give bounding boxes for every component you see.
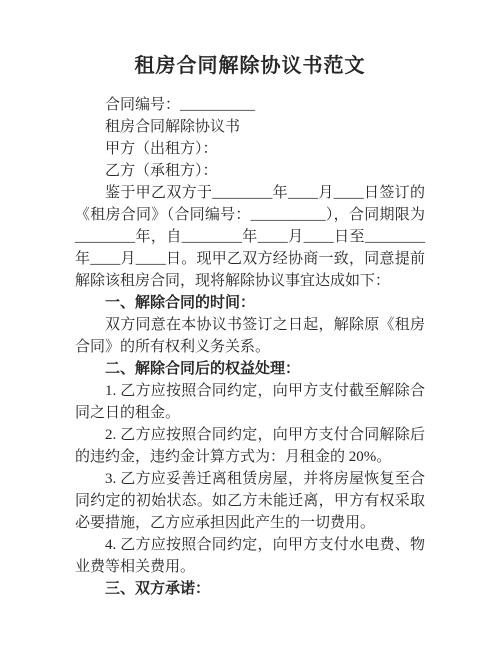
document-body: 合同编号：__________租房合同解除协议书甲方（出租方）：乙方（承租方）：… xyxy=(75,94,425,600)
paragraph: 4. 乙方应按照合同约定，向甲方支付水电费、物业费等相关费用。 xyxy=(75,534,425,578)
section-heading: 三、双方承诺： xyxy=(75,578,425,600)
paragraph: 租房合同解除协议书 xyxy=(75,116,425,138)
paragraph: 1. 乙方应按照合同约定，向甲方支付截至解除合同之日的租金。 xyxy=(75,380,425,424)
paragraph: 乙方（承租方）： xyxy=(75,160,425,182)
paragraph: 双方同意在本协议书签订之日起，解除原《租房合同》的所有权利义务关系。 xyxy=(75,314,425,358)
paragraph: 甲方（出租方）： xyxy=(75,138,425,160)
paragraph: 鉴于甲乙双方于________年____月____日签订的《租房合同》（合同编号… xyxy=(75,182,425,292)
paragraph: 合同编号：__________ xyxy=(75,94,425,116)
paragraph: 2. 乙方应按照合同约定，向甲方支付合同解除后的违约金，违约金计算方式为：月租金… xyxy=(75,424,425,468)
section-heading: 二、解除合同后的权益处理： xyxy=(75,358,425,380)
document-page: 租房合同解除协议书范文 合同编号：__________租房合同解除协议书甲方（出… xyxy=(0,0,500,647)
section-heading: 一、解除合同的时间： xyxy=(75,292,425,314)
paragraph: 3. 乙方应妥善迁离租赁房屋，并将房屋恢复至合同约定的初始状态。如乙方未能迁离，… xyxy=(75,468,425,534)
document-title: 租房合同解除协议书范文 xyxy=(75,52,425,80)
